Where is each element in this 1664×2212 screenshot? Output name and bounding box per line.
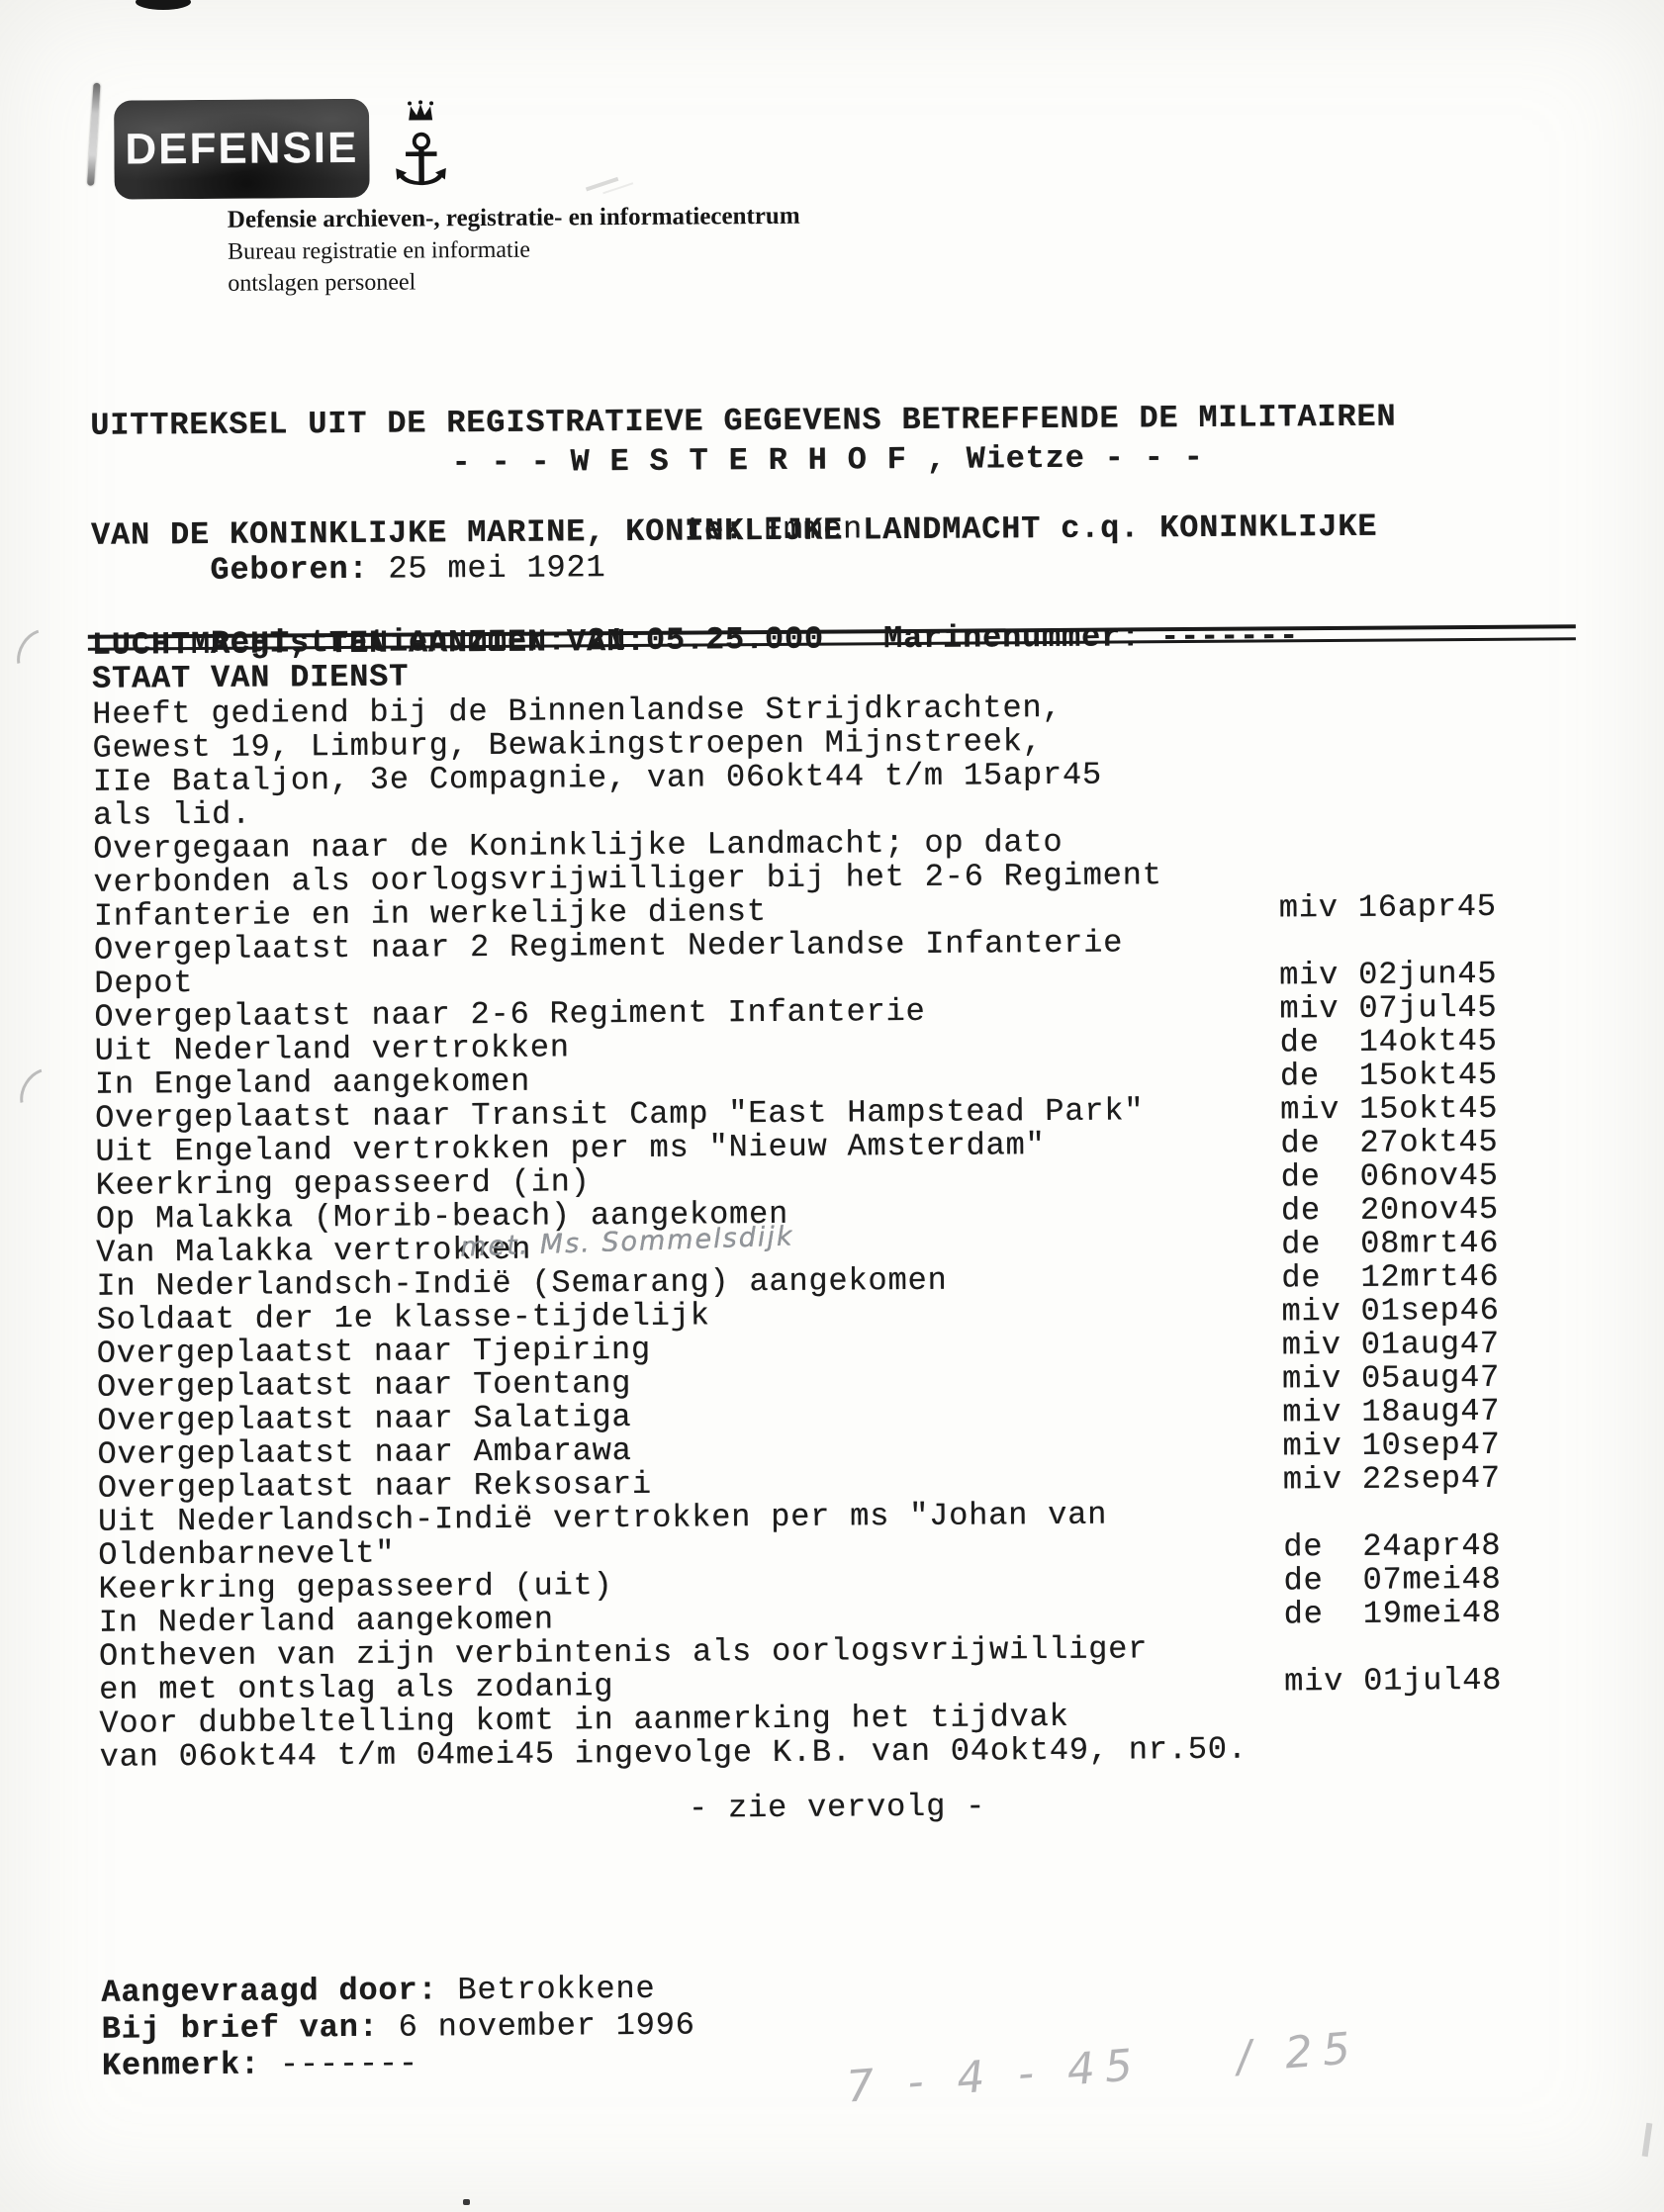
- te-value: Emmen: [764, 510, 863, 548]
- scan-artifact-bottom: [463, 2199, 470, 2205]
- scanned-document-page: DEFENSIE ⚓ Defensie archieven-, registra…: [0, 0, 1664, 2212]
- defensie-logo: DEFENSIE: [114, 99, 370, 200]
- aangevraagd-value: Betrokkene: [457, 1971, 655, 2008]
- kenmerk-row: Kenmerk:-------: [102, 2044, 695, 2084]
- service-record-date: de 24apr48: [1283, 1529, 1501, 1565]
- aangevraagd-row: Aangevraagd door:Betrokkene: [101, 1971, 694, 2011]
- title-line-1: UITTREKSEL UIT DE REGISTRATIEVE GEGEVENS…: [90, 399, 1396, 444]
- service-record-date: miv 15okt45: [1280, 1092, 1498, 1128]
- anchor-icon: ⚓: [377, 122, 465, 198]
- organization-bureau: Bureau registratie en informatie: [228, 232, 800, 268]
- brief-value: 6 november 1996: [399, 2007, 695, 2046]
- service-record-date: miv 16apr45: [1279, 890, 1497, 926]
- service-record-text: Oldenbarnevelt": [98, 1535, 395, 1574]
- aangevraagd-label: Aangevraagd door:: [101, 1972, 437, 2010]
- brief-row: Bij brief van:6 november 1996: [102, 2007, 695, 2048]
- service-record-date: de 27okt45: [1280, 1126, 1498, 1161]
- service-record-rows: Heeft gediend bij de Binnenlandse Strijd…: [92, 688, 1643, 1775]
- service-record-date: miv 18aug47: [1282, 1395, 1500, 1430]
- service-record-date: de 07mei48: [1283, 1563, 1501, 1599]
- service-record-date: de 06nov45: [1281, 1159, 1499, 1195]
- section-heading: STAAT VAN DIENST: [92, 659, 409, 697]
- service-record-text: van 06okt44 t/m 04mei45 ingevolge K.B. v…: [100, 1731, 1248, 1776]
- service-record-date: miv 01aug47: [1282, 1328, 1500, 1363]
- service-record-row: van 06okt44 t/m 04mei45 ingevolge K.B. v…: [100, 1730, 1643, 1775]
- staple-mark: [87, 83, 101, 186]
- document-sheet: DEFENSIE ⚓ Defensie archieven-, registra…: [0, 0, 1664, 2212]
- kenmerk-value: -------: [280, 2045, 418, 2082]
- scan-smudge: [586, 177, 619, 192]
- service-record-date: miv 02jun45: [1279, 958, 1497, 993]
- punch-hole-mark: [8, 620, 71, 688]
- organization-block: Defensie archieven-, registratie- en inf…: [228, 201, 800, 300]
- kenmerk-label: Kenmerk:: [102, 2047, 260, 2084]
- geboren-value: 25 mei 1921: [388, 549, 605, 588]
- service-record-date: miv 07jul45: [1279, 991, 1497, 1027]
- crowned-anchor-icon: ⚓: [377, 100, 465, 212]
- service-record-date: miv 10sep47: [1282, 1429, 1500, 1464]
- service-record-date: miv 05aug47: [1282, 1361, 1500, 1397]
- te-label: te:: [685, 511, 744, 548]
- service-record-date: de 20nov45: [1281, 1193, 1499, 1229]
- service-records: Heeft gediend bij de Binnenlandse Strijd…: [92, 688, 1643, 1775]
- service-record-text: als lid.: [93, 796, 251, 834]
- service-record-text: Depot: [94, 965, 193, 1002]
- continuation-note: - zie vervolg -: [100, 1781, 1664, 1831]
- punch-hole-mark: [11, 1060, 74, 1127]
- defensie-logo-text: DEFENSIE: [125, 124, 358, 175]
- service-record-date: de 19mei48: [1284, 1597, 1502, 1632]
- service-record-date: miv 01sep46: [1281, 1294, 1499, 1330]
- service-record-date: miv 01jul48: [1284, 1664, 1502, 1700]
- service-record-date: de 14okt45: [1280, 1025, 1498, 1060]
- service-record-date: miv 22sep47: [1283, 1462, 1501, 1498]
- service-record-date: de 12mrt46: [1281, 1260, 1499, 1296]
- organization-department: ontslagen personeel: [228, 264, 800, 300]
- organization-name: Defensie archieven-, registratie- en inf…: [228, 201, 800, 236]
- request-footer: Aangevraagd door:Betrokkene Bij brief va…: [101, 1971, 695, 2084]
- handwritten-pencil-note: 7 - 4 - 45 / 25: [845, 2023, 1362, 2113]
- service-record-date: de 08mrt46: [1281, 1227, 1499, 1262]
- brief-label: Bij brief van:: [102, 2009, 379, 2048]
- service-record-date: de 15okt45: [1280, 1059, 1498, 1094]
- geboren-label: Geboren:: [210, 551, 368, 589]
